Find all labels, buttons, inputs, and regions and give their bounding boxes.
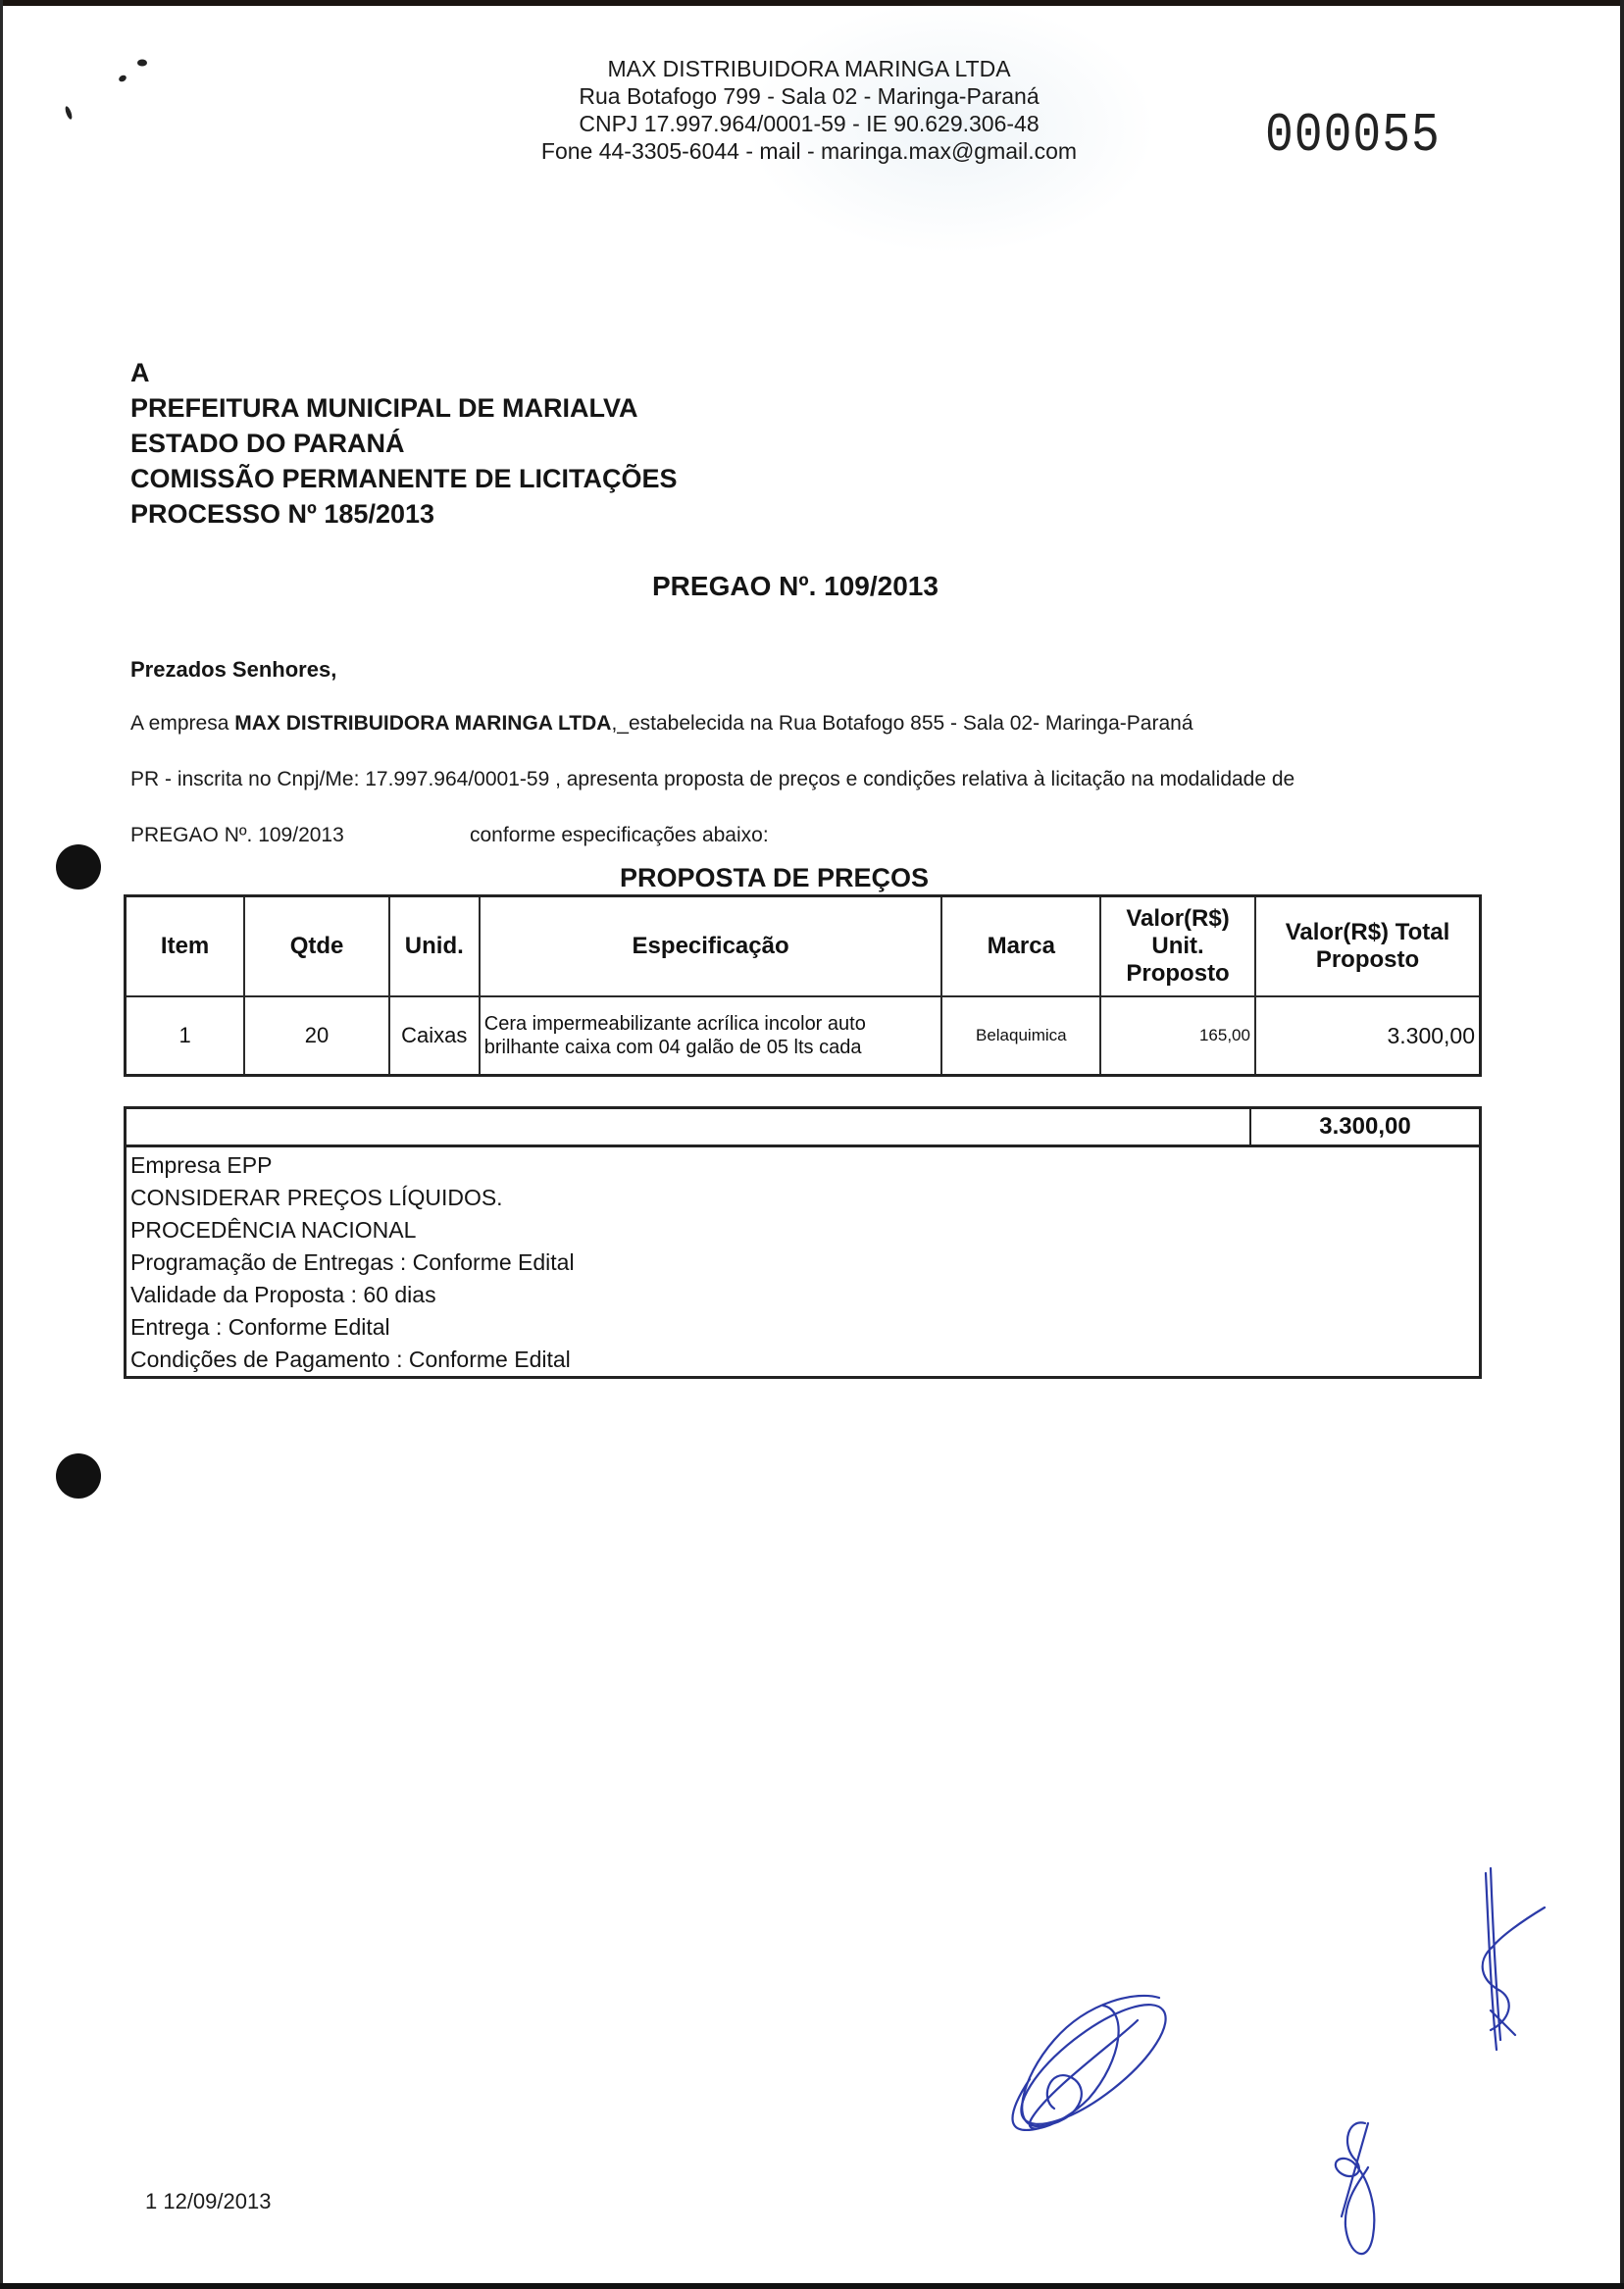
signature-3 (1336, 2122, 1374, 2254)
signatures-layer (0, 0, 1624, 2289)
signature-2 (1483, 1868, 1545, 2050)
signature-1 (1013, 1996, 1160, 2130)
footer-page-date: 1 12/09/2013 (145, 2189, 271, 2214)
